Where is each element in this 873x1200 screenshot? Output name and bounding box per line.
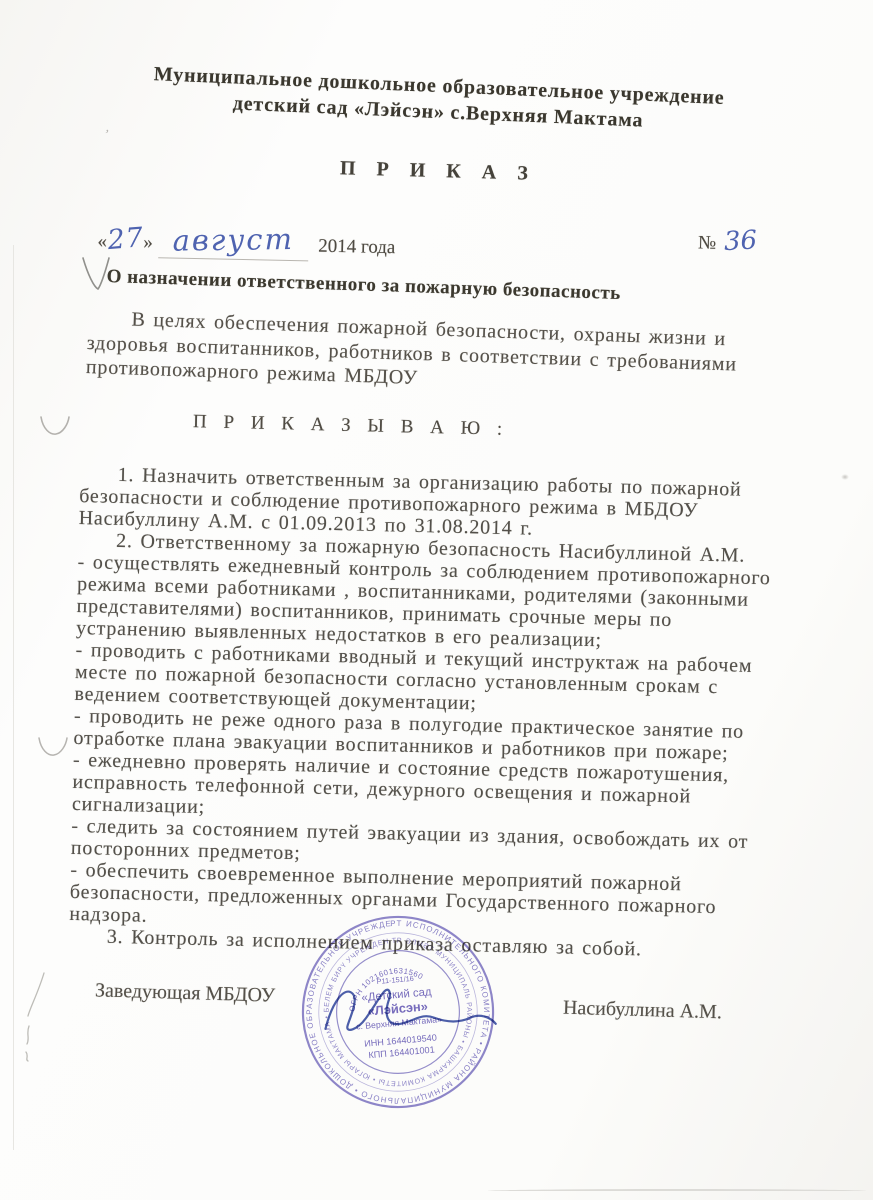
handwritten-number: 36 xyxy=(723,225,758,257)
printed-year: 2014 года xyxy=(318,236,396,259)
handwritten-month: август xyxy=(173,222,295,258)
ink-speck: ’ xyxy=(103,128,110,145)
scan-edge-line xyxy=(488,1189,866,1191)
signatory-position: Заведующая МБДОУ xyxy=(95,979,276,1007)
open-quote: « xyxy=(97,231,107,252)
number-sign: № xyxy=(698,232,717,253)
org-header: Муниципальное дошкольное образовательное… xyxy=(126,60,752,138)
signatory-name: Насибуллина А.М. xyxy=(563,997,723,1025)
document-number: №36 xyxy=(698,225,758,256)
date-row: «27»август2014 года xyxy=(97,220,396,263)
scan-speck xyxy=(841,474,849,480)
order-word: П Р И К А З Ы В А Ю : xyxy=(193,411,509,441)
handwritten-signature xyxy=(317,977,514,1054)
order-item: - осуществлять ежедневный контроль за со… xyxy=(76,551,790,656)
margin-curve-mark xyxy=(36,734,70,760)
margin-curve-mark xyxy=(38,413,72,439)
month-underline: август xyxy=(159,221,309,261)
scan-edge-line xyxy=(13,245,14,1150)
subject-line: О назначении ответственного за пожарную … xyxy=(106,266,621,305)
preamble: В целях обеспечения пожарной безопасност… xyxy=(86,306,794,403)
document-title: П Р И К А З xyxy=(340,157,536,185)
pencil-stroke-mark xyxy=(20,968,50,1063)
handwritten-day: 27 xyxy=(106,222,145,256)
scanned-order-page: Муниципальное дошкольное образовательное… xyxy=(0,0,873,1200)
order-items: 1. Назначить ответственным за организаци… xyxy=(69,463,792,964)
